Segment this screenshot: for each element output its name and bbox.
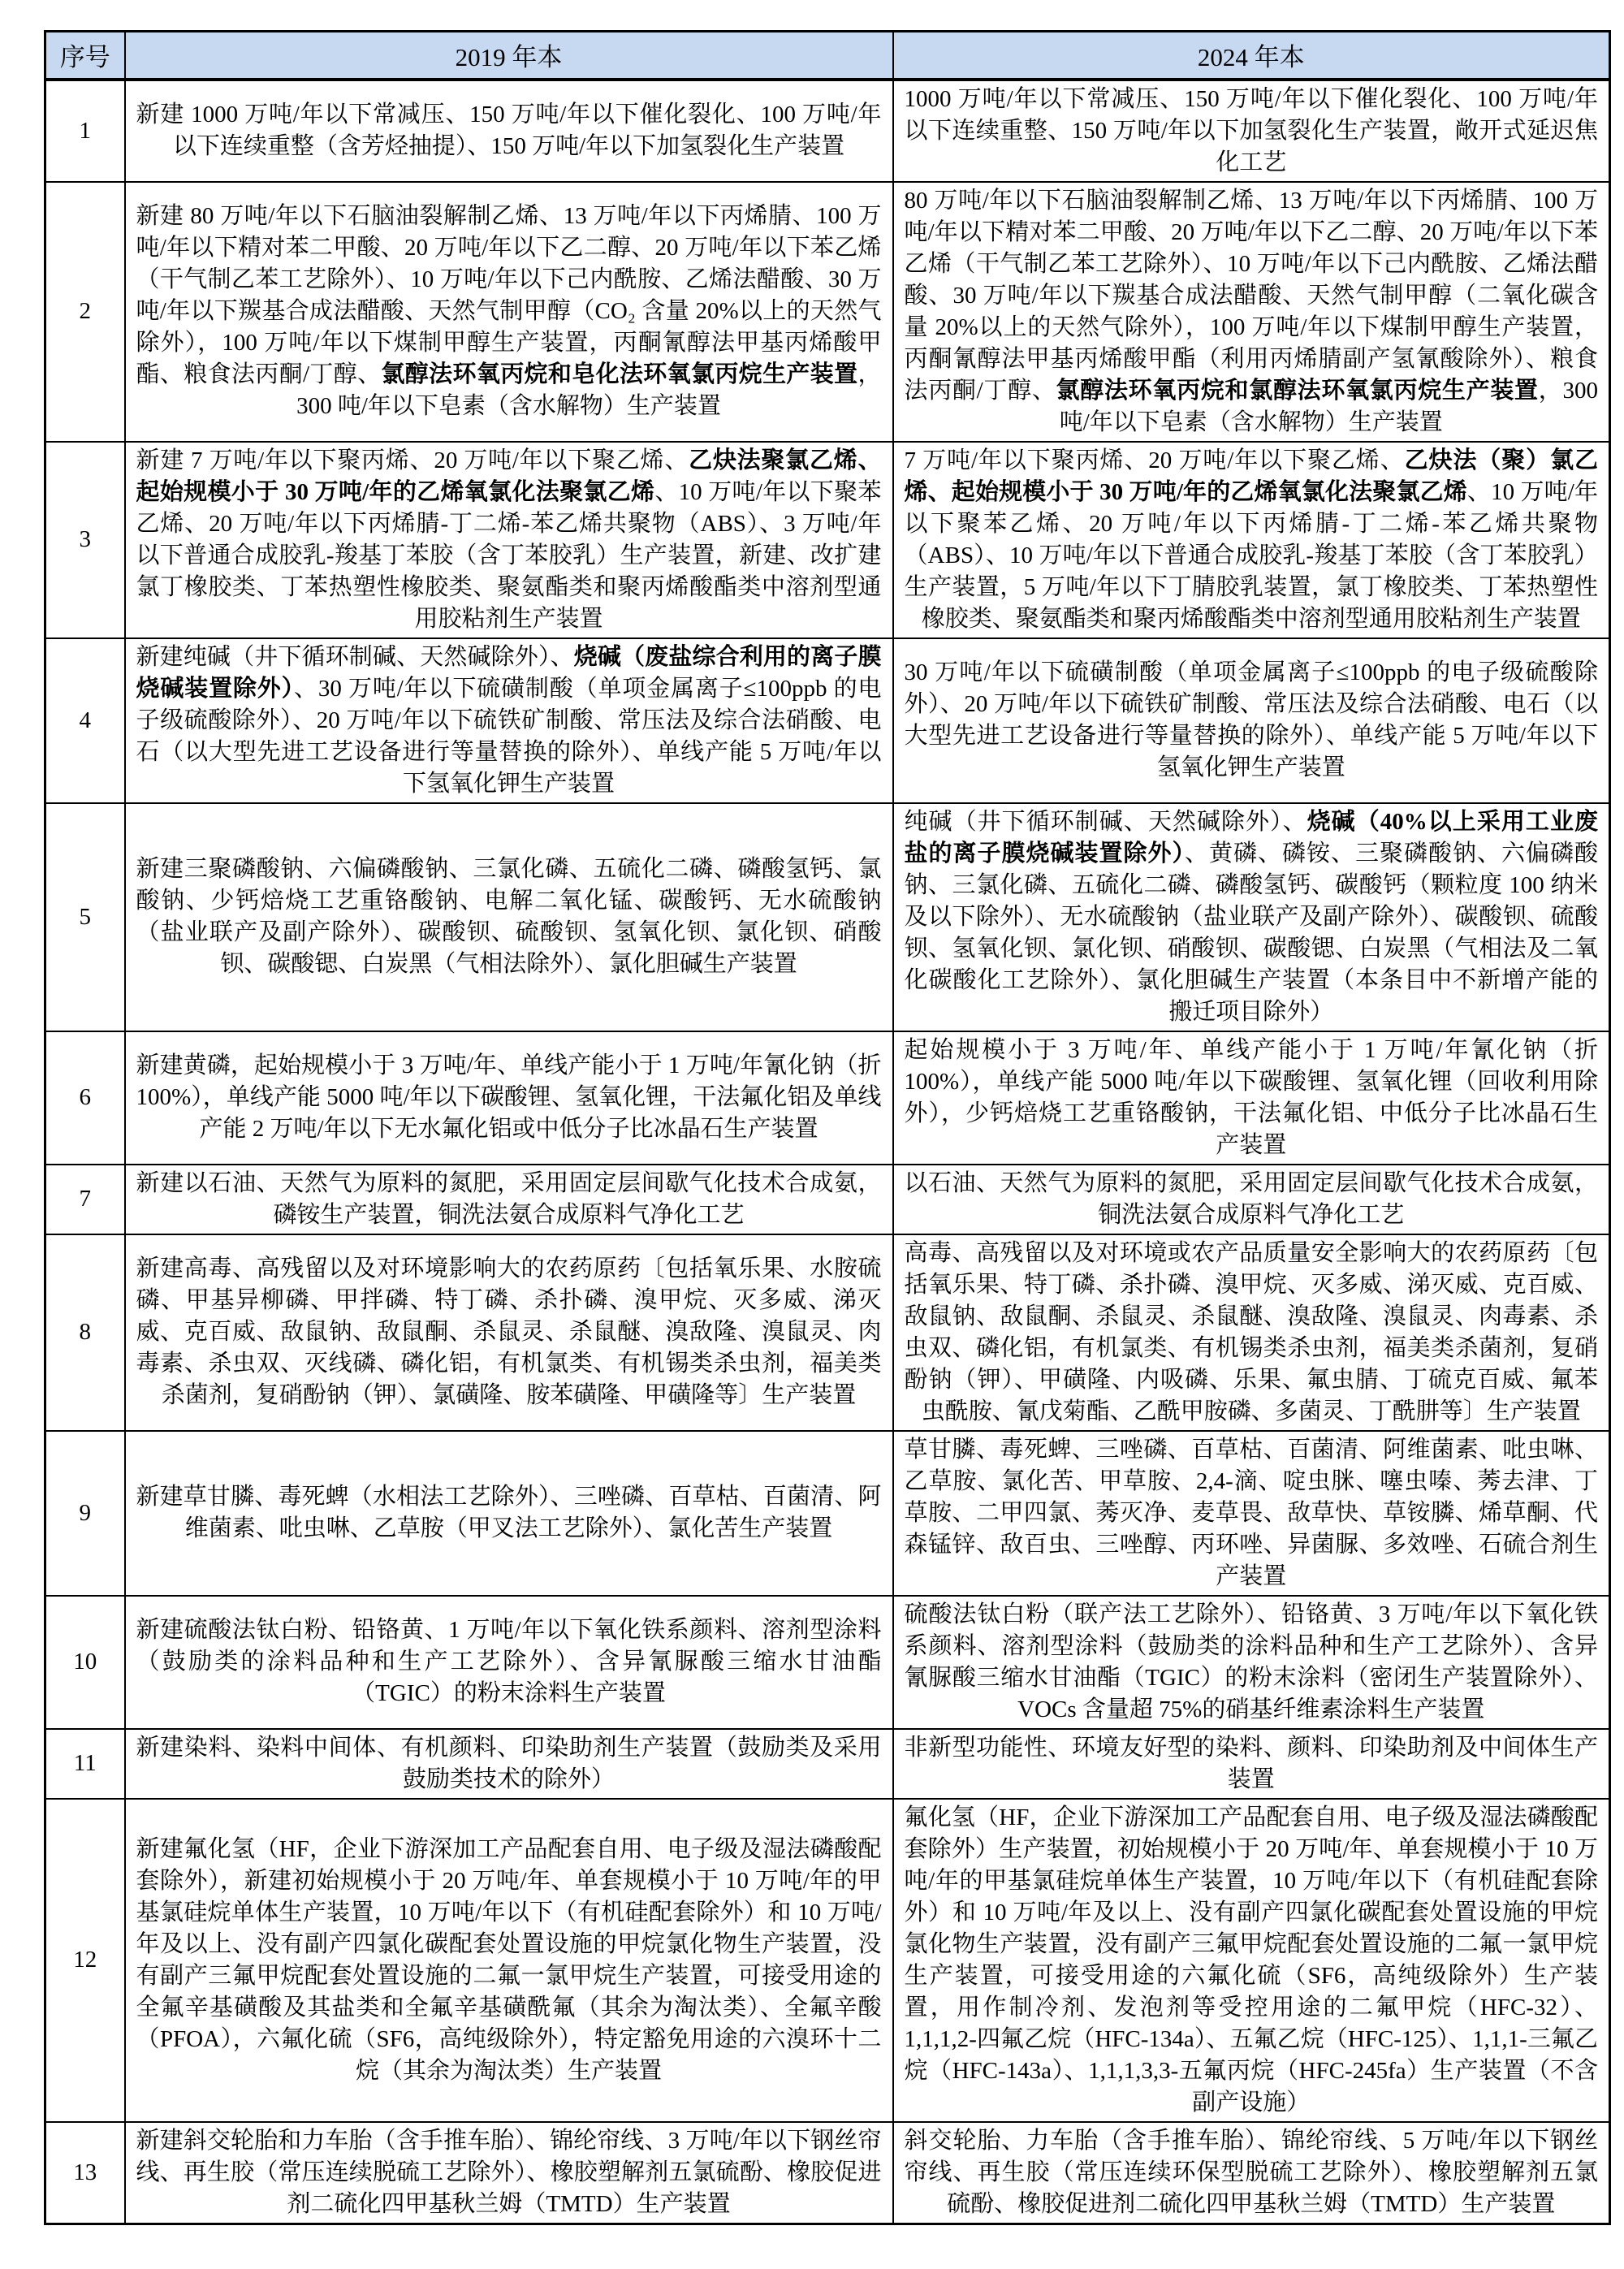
cell-2019: 新建 7 万吨/年以下聚丙烯、20 万吨/年以下聚乙烯、乙炔法聚氯乙烯、起始规模…	[125, 442, 893, 638]
cell-2019: 新建高毒、高残留以及对环境影响大的农药原药〔包括氧乐果、水胺硫磷、甲基异柳磷、甲…	[125, 1234, 893, 1431]
cell-2024: 80 万吨/年以下石脑油裂解制乙烯、13 万吨/年以下丙烯腈、100 万吨/年以…	[893, 182, 1610, 442]
row-number: 2	[45, 182, 125, 442]
row-number: 13	[45, 2122, 125, 2224]
cell-2024: 非新型功能性、环境友好型的染料、颜料、印染助剂及中间体生产装置	[893, 1729, 1610, 1799]
table-row: 11 新建染料、染料中间体、有机颜料、印染助剂生产装置（鼓励类及采用鼓励类技术的…	[45, 1729, 1610, 1799]
header-col-2019: 2019 年本	[125, 32, 893, 80]
cell-2024: 起始规模小于 3 万吨/年、单线产能小于 1 万吨/年氰化钠（折 100%），单…	[893, 1031, 1610, 1165]
row-number: 7	[45, 1165, 125, 1234]
table-row: 5 新建三聚磷酸钠、六偏磷酸钠、三氯化磷、五硫化二磷、磷酸氢钙、氯酸钠、少钙焙烧…	[45, 803, 1610, 1031]
cell-2019: 新建硫酸法钛白粉、铅铬黄、1 万吨/年以下氧化铁系颜料、溶剂型涂料（鼓励类的涂料…	[125, 1596, 893, 1729]
cell-2024: 30 万吨/年以下硫磺制酸（单项金属离子≤100ppb 的电子级硫酸除外）、20…	[893, 638, 1610, 803]
cell-2024: 氟化氢（HF，企业下游深加工产品配套自用、电子级及湿法磷酸配套除外）生产装置，初…	[893, 1799, 1610, 2122]
cell-2024: 纯碱（井下循环制碱、天然碱除外）、烧碱（40%以上采用工业废盐的离子膜烧碱装置除…	[893, 803, 1610, 1031]
cell-2019: 新建黄磷，起始规模小于 3 万吨/年、单线产能小于 1 万吨/年氰化钠（折 10…	[125, 1031, 893, 1165]
cell-2019: 新建斜交轮胎和力车胎（含手推车胎）、锦纶帘线、3 万吨/年以下钢丝帘线、再生胶（…	[125, 2122, 893, 2224]
table-row: 1 新建 1000 万吨/年以下常减压、150 万吨/年以下催化裂化、100 万…	[45, 80, 1610, 182]
cell-2019: 新建 1000 万吨/年以下常减压、150 万吨/年以下催化裂化、100 万吨/…	[125, 80, 893, 182]
row-number: 10	[45, 1596, 125, 1729]
cell-2024: 以石油、天然气为原料的氮肥，采用固定层间歇气化技术合成氨，铜洗法氨合成原料气净化…	[893, 1165, 1610, 1234]
row-number: 4	[45, 638, 125, 803]
table-row: 4 新建纯碱（井下循环制碱、天然碱除外）、烧碱（废盐综合利用的离子膜烧碱装置除外…	[45, 638, 1610, 803]
header-row: 序号 2019 年本 2024 年本	[45, 32, 1610, 80]
header-col-index: 序号	[45, 32, 125, 80]
row-number: 3	[45, 442, 125, 638]
row-number: 6	[45, 1031, 125, 1165]
table-row: 12 新建氟化氢（HF，企业下游深加工产品配套自用、电子级及湿法磷酸配套除外），…	[45, 1799, 1610, 2122]
cell-2019: 新建三聚磷酸钠、六偏磷酸钠、三氯化磷、五硫化二磷、磷酸氢钙、氯酸钠、少钙焙烧工艺…	[125, 803, 893, 1031]
comparison-table: 序号 2019 年本 2024 年本 1 新建 1000 万吨/年以下常减压、1…	[44, 30, 1611, 2225]
row-number: 11	[45, 1729, 125, 1799]
row-number: 8	[45, 1234, 125, 1431]
table-row: 13 新建斜交轮胎和力车胎（含手推车胎）、锦纶帘线、3 万吨/年以下钢丝帘线、再…	[45, 2122, 1610, 2224]
table-row: 3 新建 7 万吨/年以下聚丙烯、20 万吨/年以下聚乙烯、乙炔法聚氯乙烯、起始…	[45, 442, 1610, 638]
table-row: 9 新建草甘膦、毒死蜱（水相法工艺除外）、三唑磷、百草枯、百菌清、阿维菌素、吡虫…	[45, 1431, 1610, 1596]
table-row: 10 新建硫酸法钛白粉、铅铬黄、1 万吨/年以下氧化铁系颜料、溶剂型涂料（鼓励类…	[45, 1596, 1610, 1729]
cell-2024: 高毒、高残留以及对环境或农产品质量安全影响大的农药原药〔包括氧乐果、特丁磷、杀扑…	[893, 1234, 1610, 1431]
table-row: 2 新建 80 万吨/年以下石脑油裂解制乙烯、13 万吨/年以下丙烯腈、100 …	[45, 182, 1610, 442]
cell-2024: 草甘膦、毒死蜱、三唑磷、百草枯、百菌清、阿维菌素、吡虫啉、乙草胺、氯化苦、甲草胺…	[893, 1431, 1610, 1596]
cell-2024: 硫酸法钛白粉（联产法工艺除外）、铅铬黄、3 万吨/年以下氧化铁系颜料、溶剂型涂料…	[893, 1596, 1610, 1729]
cell-2019: 新建氟化氢（HF，企业下游深加工产品配套自用、电子级及湿法磷酸配套除外），新建初…	[125, 1799, 893, 2122]
table-row: 7 新建以石油、天然气为原料的氮肥，采用固定层间歇气化技术合成氨，磷铵生产装置，…	[45, 1165, 1610, 1234]
cell-2019: 新建纯碱（井下循环制碱、天然碱除外）、烧碱（废盐综合利用的离子膜烧碱装置除外）、…	[125, 638, 893, 803]
row-number: 9	[45, 1431, 125, 1596]
cell-2024: 1000 万吨/年以下常减压、150 万吨/年以下催化裂化、100 万吨/年以下…	[893, 80, 1610, 182]
cell-2019: 新建草甘膦、毒死蜱（水相法工艺除外）、三唑磷、百草枯、百菌清、阿维菌素、吡虫啉、…	[125, 1431, 893, 1596]
row-number: 5	[45, 803, 125, 1031]
cell-2024: 斜交轮胎、力车胎（含手推车胎）、锦纶帘线、5 万吨/年以下钢丝帘线、再生胶（常压…	[893, 2122, 1610, 2224]
header-col-2024: 2024 年本	[893, 32, 1610, 80]
table-row: 6 新建黄磷，起始规模小于 3 万吨/年、单线产能小于 1 万吨/年氰化钠（折 …	[45, 1031, 1610, 1165]
table-row: 8 新建高毒、高残留以及对环境影响大的农药原药〔包括氧乐果、水胺硫磷、甲基异柳磷…	[45, 1234, 1610, 1431]
cell-2024: 7 万吨/年以下聚丙烯、20 万吨/年以下聚乙烯、乙炔法（聚）氯乙烯、起始规模小…	[893, 442, 1610, 638]
cell-2019: 新建 80 万吨/年以下石脑油裂解制乙烯、13 万吨/年以下丙烯腈、100 万吨…	[125, 182, 893, 442]
cell-2019: 新建以石油、天然气为原料的氮肥，采用固定层间歇气化技术合成氨，磷铵生产装置，铜洗…	[125, 1165, 893, 1234]
row-number: 1	[45, 80, 125, 182]
document-page: 序号 2019 年本 2024 年本 1 新建 1000 万吨/年以下常减压、1…	[0, 0, 1624, 2269]
cell-2019: 新建染料、染料中间体、有机颜料、印染助剂生产装置（鼓励类及采用鼓励类技术的除外）	[125, 1729, 893, 1799]
row-number: 12	[45, 1799, 125, 2122]
